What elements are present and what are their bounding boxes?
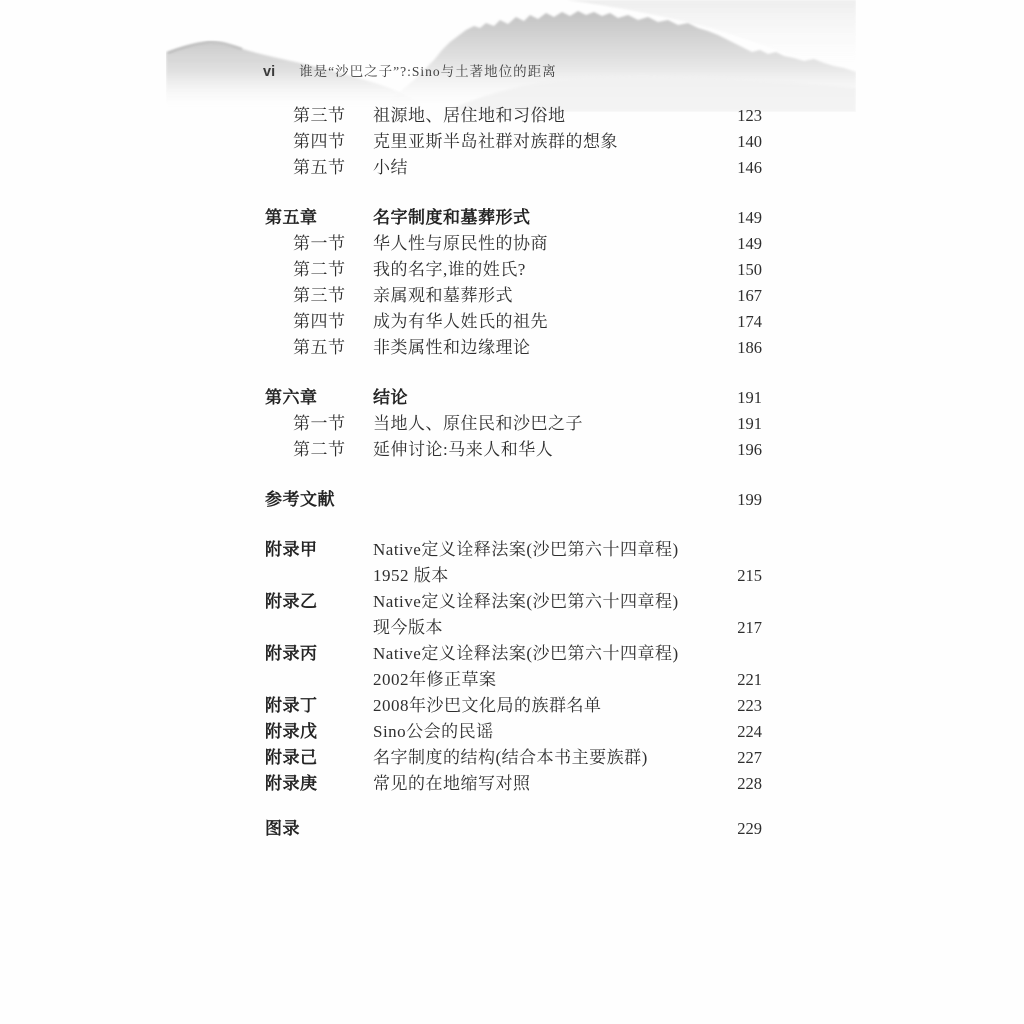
toc-entry-title: 2002年修正草案 xyxy=(373,667,710,693)
toc-entry-label xyxy=(265,667,373,693)
toc-entry-label xyxy=(265,563,373,589)
toc-entry-page-number: 146 xyxy=(710,155,762,181)
toc-row: 附录丙Native定义诠释法案(沙巴第六十四章程) xyxy=(265,641,762,667)
toc-entry-title: 常见的在地缩写对照 xyxy=(373,771,710,797)
toc-entry-page-number: 199 xyxy=(710,487,762,513)
toc-row: 附录丁2008年沙巴文化局的族群名单223 xyxy=(265,693,762,719)
toc-entry-page-number: 217 xyxy=(710,615,762,641)
toc-row: 现今版本217 xyxy=(265,615,762,641)
page-folio: vi xyxy=(263,64,275,80)
running-title: 谁是“沙巴之子”?:Sino与土著地位的距离 xyxy=(299,60,557,80)
toc-entry-page-number: 224 xyxy=(710,719,762,745)
toc-entry-page-number: 186 xyxy=(710,335,762,361)
toc-entry-title: 我的名字,谁的姓氏? xyxy=(373,257,710,283)
toc-entry-label: 第五节 xyxy=(293,335,373,361)
toc-entry-page-number: 221 xyxy=(710,667,762,693)
toc-entry-title: 2008年沙巴文化局的族群名单 xyxy=(373,693,710,719)
toc-entry-label: 附录己 xyxy=(265,745,373,771)
toc-row: 附录甲Native定义诠释法案(沙巴第六十四章程) xyxy=(265,537,762,563)
toc-entry-label xyxy=(265,615,373,641)
toc-row: 第二节延伸讨论:马来人和华人196 xyxy=(265,437,762,463)
toc-entry-label: 第四节 xyxy=(293,309,373,335)
toc-entry-label: 第一节 xyxy=(293,231,373,257)
mountain-watermark xyxy=(166,0,856,112)
toc-row: 第六章结论191 xyxy=(265,385,762,411)
toc-entry-page-number: 174 xyxy=(710,309,762,335)
toc-group: 附录甲Native定义诠释法案(沙巴第六十四章程)1952 版本215附录乙Na… xyxy=(265,537,762,797)
toc-entry-page-number: 123 xyxy=(710,103,762,129)
toc-entry-title: 1952 版本 xyxy=(373,563,710,589)
toc-entry-title: 名字制度和墓葬形式 xyxy=(373,205,710,231)
toc-entry-title xyxy=(373,816,710,842)
toc-entry-title: 名字制度的结构(结合本书主要族群) xyxy=(373,745,710,771)
toc-row: 第四节克里亚斯半岛社群对族群的想象140 xyxy=(265,129,762,155)
toc-entry-page-number xyxy=(710,537,762,563)
toc-entry-title: Native定义诠释法案(沙巴第六十四章程) xyxy=(373,537,710,563)
toc-entry-title: 现今版本 xyxy=(373,615,710,641)
toc-entry-title: 祖源地、居住地和习俗地 xyxy=(373,103,710,129)
toc-entry-title: 克里亚斯半岛社群对族群的想象 xyxy=(373,129,710,155)
toc-group: 第三节祖源地、居住地和习俗地123第四节克里亚斯半岛社群对族群的想象140第五节… xyxy=(265,103,762,181)
toc-row: 附录己名字制度的结构(结合本书主要族群)227 xyxy=(265,745,762,771)
toc-entry-label: 第一节 xyxy=(293,411,373,437)
toc-row: 2002年修正草案221 xyxy=(265,667,762,693)
toc-entry-title: 延伸讨论:马来人和华人 xyxy=(373,437,710,463)
toc-entry-page-number: 150 xyxy=(710,257,762,283)
toc-entry-label: 第三节 xyxy=(293,103,373,129)
running-header: vi 谁是“沙巴之子”?:Sino与土著地位的距离 xyxy=(263,60,557,80)
toc-row: 第二节我的名字,谁的姓氏?150 xyxy=(265,257,762,283)
toc-row: 第一节当地人、原住民和沙巴之子191 xyxy=(265,411,762,437)
toc-entry-page-number: 215 xyxy=(710,563,762,589)
toc-entry-page-number: 191 xyxy=(710,385,762,411)
toc-entry-page-number: 149 xyxy=(710,231,762,257)
toc-row: 附录乙Native定义诠释法案(沙巴第六十四章程) xyxy=(265,589,762,615)
toc-row: 1952 版本215 xyxy=(265,563,762,589)
toc-entry-page-number: 196 xyxy=(710,437,762,463)
toc-entry-page-number: 229 xyxy=(710,816,762,842)
toc-row: 第五节小结146 xyxy=(265,155,762,181)
toc-entry-page-number: 167 xyxy=(710,283,762,309)
toc-entry-title: 非类属性和边缘理论 xyxy=(373,335,710,361)
toc-entry-label: 第六章 xyxy=(265,385,373,411)
toc-entry-label: 第五节 xyxy=(293,155,373,181)
toc-entry-label: 附录庚 xyxy=(265,771,373,797)
toc-entry-label: 附录丁 xyxy=(265,693,373,719)
toc-entry-label: 第五章 xyxy=(265,205,373,231)
toc-entry-page-number: 223 xyxy=(710,693,762,719)
toc-entry-title: 亲属观和墓葬形式 xyxy=(373,283,710,309)
toc-row: 第五节非类属性和边缘理论186 xyxy=(265,335,762,361)
toc-row: 图录229 xyxy=(265,816,762,842)
toc-entry-page-number: 149 xyxy=(710,205,762,231)
toc-entry-title: Native定义诠释法案(沙巴第六十四章程) xyxy=(373,641,710,667)
toc-group: 参考文献199 xyxy=(265,487,762,513)
toc-entry-page-number: 228 xyxy=(710,771,762,797)
toc-entry-label: 附录乙 xyxy=(265,589,373,615)
toc-entry-title: 当地人、原住民和沙巴之子 xyxy=(373,411,710,437)
toc-row: 第三节祖源地、居住地和习俗地123 xyxy=(265,103,762,129)
toc-row: 第三节亲属观和墓葬形式167 xyxy=(265,283,762,309)
toc-entry-title: 结论 xyxy=(373,385,710,411)
toc-entry-title: 小结 xyxy=(373,155,710,181)
toc-row: 附录戊Sino公会的民谣224 xyxy=(265,719,762,745)
toc-entry-page-number: 191 xyxy=(710,411,762,437)
toc-entry-label: 附录丙 xyxy=(265,641,373,667)
toc-entry-label: 参考文献 xyxy=(265,487,373,513)
toc-entry-label: 第三节 xyxy=(293,283,373,309)
toc-entry-page-number xyxy=(710,641,762,667)
toc-entry-title: Sino公会的民谣 xyxy=(373,719,710,745)
toc-entry-label: 第四节 xyxy=(293,129,373,155)
toc-entry-title: Native定义诠释法案(沙巴第六十四章程) xyxy=(373,589,710,615)
toc-group: 第五章名字制度和墓葬形式149第一节华人性与原民性的协商149第二节我的名字,谁… xyxy=(265,205,762,361)
toc-entry-label: 附录戊 xyxy=(265,719,373,745)
toc-group: 图录229 xyxy=(265,816,762,842)
toc-entry-page-number xyxy=(710,589,762,615)
toc-entry-title xyxy=(373,487,710,513)
toc-row: 参考文献199 xyxy=(265,487,762,513)
book-page-photo: vi 谁是“沙巴之子”?:Sino与土著地位的距离 第三节祖源地、居住地和习俗地… xyxy=(0,0,1024,1024)
toc-row: 第四节成为有华人姓氏的祖先174 xyxy=(265,309,762,335)
toc-entry-label: 第二节 xyxy=(293,437,373,463)
toc-group: 第六章结论191第一节当地人、原住民和沙巴之子191第二节延伸讨论:马来人和华人… xyxy=(265,385,762,463)
toc-entry-title: 华人性与原民性的协商 xyxy=(373,231,710,257)
toc-entry-label: 第二节 xyxy=(293,257,373,283)
toc-entry-page-number: 140 xyxy=(710,129,762,155)
toc: 第三节祖源地、居住地和习俗地123第四节克里亚斯半岛社群对族群的想象140第五节… xyxy=(265,103,762,842)
toc-row: 附录庚常见的在地缩写对照228 xyxy=(265,771,762,797)
toc-row: 第一节华人性与原民性的协商149 xyxy=(265,231,762,257)
toc-row: 第五章名字制度和墓葬形式149 xyxy=(265,205,762,231)
toc-entry-title: 成为有华人姓氏的祖先 xyxy=(373,309,710,335)
toc-entry-label: 图录 xyxy=(265,816,373,842)
toc-entry-page-number: 227 xyxy=(710,745,762,771)
toc-entry-label: 附录甲 xyxy=(265,537,373,563)
